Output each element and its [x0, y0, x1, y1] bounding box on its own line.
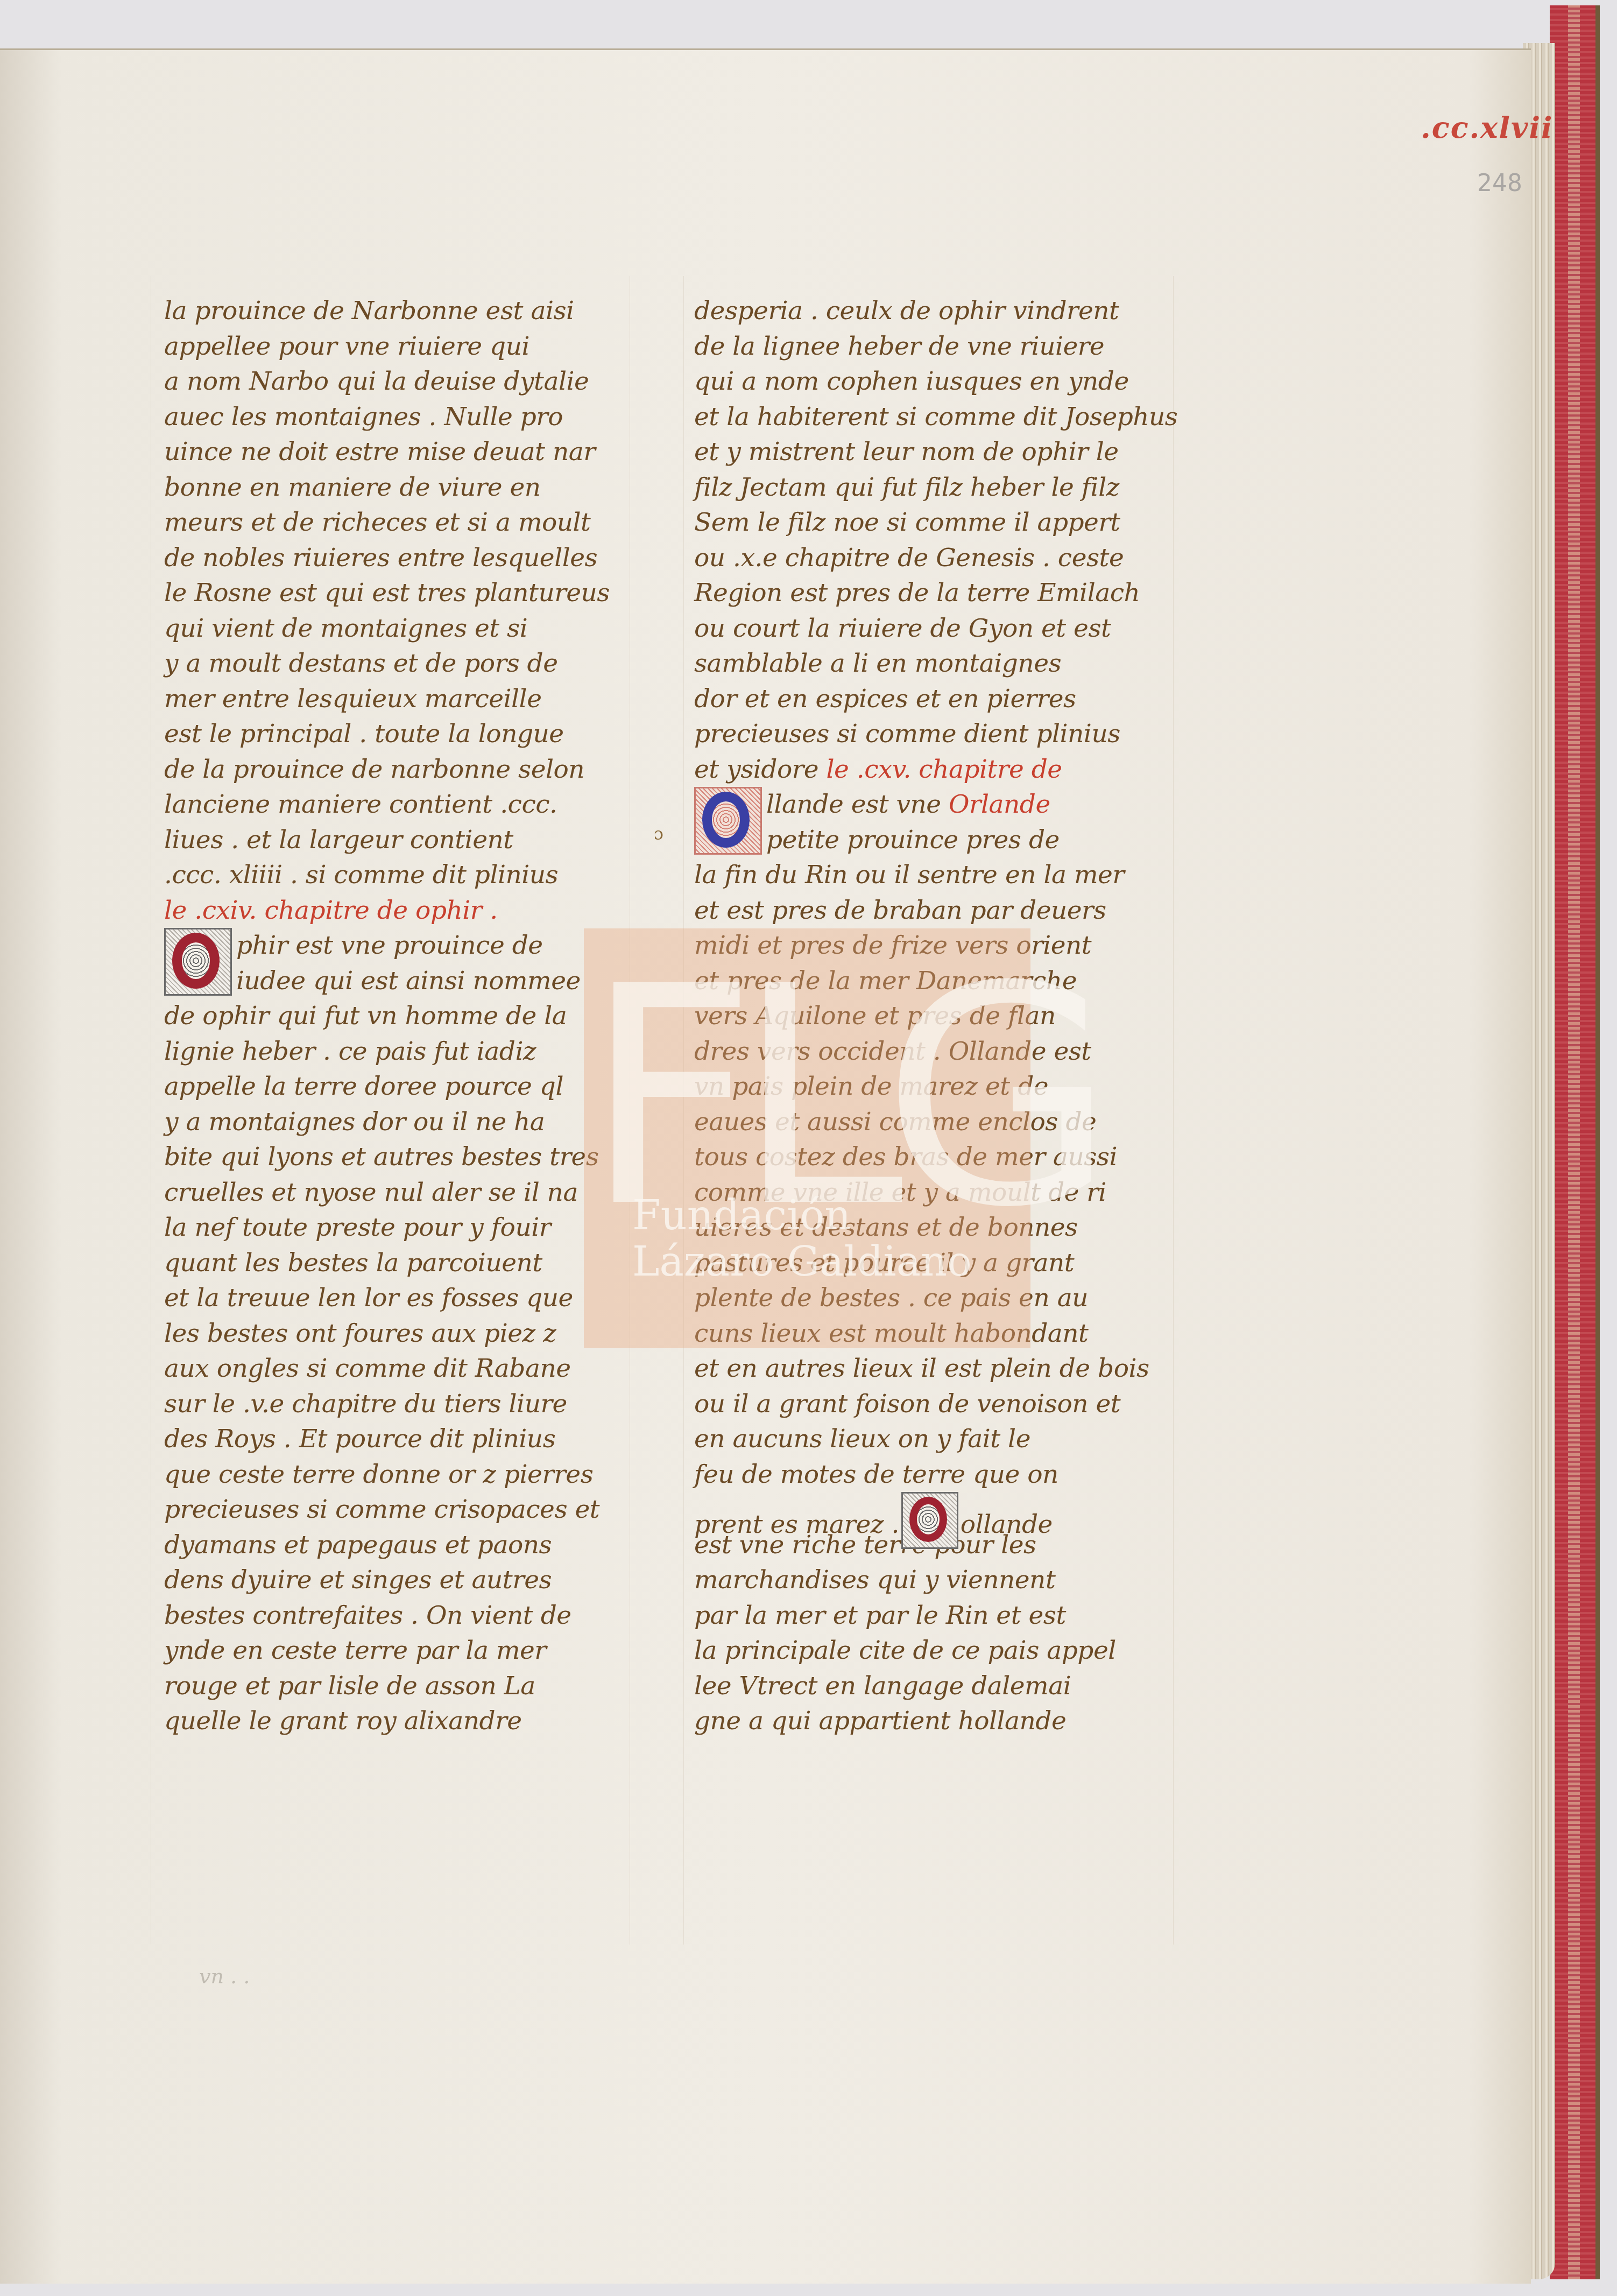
- text-line: vn pais plein de marez et de: [694, 1069, 1168, 1104]
- text-line: ou il a grant foison de venoison et: [694, 1386, 1168, 1422]
- text-fragment: et ysidore: [694, 755, 826, 784]
- text-line: la nef toute preste pour y fouir: [164, 1210, 627, 1245]
- text-line: aux ongles si comme dit Rabane: [164, 1351, 627, 1386]
- text-line: dres vers occident . Ollande est: [694, 1034, 1168, 1069]
- text-line: a nom Narbo qui la deuise dytalie: [164, 364, 627, 399]
- text-line: lee Vtrect en langage dalemai: [694, 1668, 1168, 1704]
- text-line: en aucuns lieux on y fait le: [694, 1421, 1168, 1457]
- illuminated-initial-icon: [164, 928, 232, 996]
- text-line: marchandises qui y viennent: [694, 1562, 1168, 1598]
- initial-letter-o-icon: [909, 1497, 947, 1542]
- text-line: feu de motes de terre que on: [694, 1457, 1168, 1492]
- text-line: dor et en espices et en pierres: [694, 681, 1168, 717]
- margin-note: vn . .: [199, 1964, 250, 1988]
- text-fragment: llande est vne: [766, 790, 949, 819]
- text-line: cruelles et nyose nul aler se il na: [164, 1175, 627, 1210]
- text-line: ou .x.e chapitre de Genesis . ceste: [694, 540, 1168, 576]
- text-line: rouge et par lisle de asson La: [164, 1668, 627, 1704]
- text-line: lanciene maniere contient .ccc.: [164, 787, 627, 822]
- illuminated-initial-icon: [694, 787, 762, 855]
- text-line: uince ne doit estre mise deuat nar: [164, 434, 627, 470]
- text-line: llande est vne Orlande: [694, 787, 1168, 822]
- ruling-line: [630, 276, 630, 1945]
- text-line: y a moult destans et de pors de: [164, 646, 627, 681]
- text-line: sur le .v.e chapitre du tiers liure: [164, 1386, 627, 1422]
- text-line: desperia . ceulx de ophir vindrent: [694, 293, 1168, 329]
- text-line: precieuses si comme crisopaces et: [164, 1492, 627, 1527]
- text-line: ou court la riuiere de Gyon et est: [694, 611, 1168, 646]
- chapter-heading-line: et ysidore le .cxv. chapitre de: [694, 752, 1168, 787]
- text-line: uieres et destans et de bonnes: [694, 1210, 1168, 1245]
- text-line: eaues et aussi comme enclos de: [694, 1104, 1168, 1140]
- text-line: de ophir qui fut vn homme de la: [164, 998, 627, 1034]
- chapter-heading: le .cxv. chapitre de: [826, 755, 1062, 784]
- ink-blot: ɔ: [654, 823, 663, 844]
- text-line: meurs et de richeces et si a moult: [164, 505, 627, 540]
- text-line: par la mer et par le Rin et est: [694, 1598, 1168, 1633]
- text-line: la prouince de Narbonne est aisi: [164, 293, 627, 329]
- text-line: iudee qui est ainsi nommee: [164, 963, 627, 999]
- initial-letter-o-icon: [702, 792, 750, 848]
- text-line: appelle la terre doree pource ql: [164, 1069, 627, 1104]
- text-line: les bestes ont foures aux piez z: [164, 1316, 627, 1351]
- book-binding: [1550, 5, 1600, 2279]
- text-line: mer entre lesquieux marceille: [164, 681, 627, 717]
- text-line: phir est vne prouince de: [164, 928, 627, 963]
- text-line: appellee pour vne riuiere qui: [164, 329, 627, 364]
- text-line: petite prouince pres de: [694, 822, 1168, 858]
- text-line: dyamans et papegaus et paons: [164, 1527, 627, 1563]
- text-line: y a montaignes dor ou il ne ha: [164, 1104, 627, 1140]
- text-line: et est pres de braban par deuers: [694, 893, 1168, 928]
- text-line: qui a nom cophen iusques en ynde: [694, 364, 1168, 399]
- text-column-left: la prouince de Narbonne est aisiappellee…: [164, 293, 627, 1739]
- text-line: quelle le grant roy alixandre: [164, 1703, 627, 1739]
- chapter-body: llande est vne Orlandepetite prouince pr…: [694, 787, 1168, 1739]
- text-line: filz Jectam qui fut filz heber le filz: [694, 470, 1168, 505]
- text-line: auec les montaignes . Nulle pro: [164, 399, 627, 435]
- text-line: plente de bestes . ce pais en au: [694, 1280, 1168, 1316]
- text-line: bestes contrefaites . On vient de: [164, 1598, 627, 1633]
- text-line: prent es marez .ollande: [694, 1492, 1168, 1527]
- ruling-line: [151, 276, 151, 1945]
- text-line: est le principal . toute la longue: [164, 716, 627, 752]
- text-line: et en autres lieux il est plein de bois: [694, 1351, 1168, 1386]
- rubric-word: Orlande: [949, 790, 1050, 819]
- text-line: gne a qui appartient hollande: [694, 1703, 1168, 1739]
- illuminated-initial-icon: [901, 1492, 958, 1549]
- text-line: qui vient de montaignes et si: [164, 611, 627, 646]
- text-line: midi et pres de frize vers orient: [694, 928, 1168, 963]
- text-line: comme vne ille et y a moult de ri: [694, 1175, 1168, 1210]
- initial-letter-o-icon: [172, 933, 220, 989]
- text-line: et la treuue len lor es fosses que: [164, 1280, 627, 1316]
- chapter-body: phir est vne prouince deiudee qui est ai…: [164, 928, 627, 1739]
- text-line: quant les bestes la parcoiuent: [164, 1245, 627, 1281]
- text-line: dens dyuire et singes et autres: [164, 1562, 627, 1598]
- text-line: cuns lieux est moult habondant: [694, 1316, 1168, 1351]
- text-line: precieuses si comme dient plinius: [694, 716, 1168, 752]
- text-line: que ceste terre donne or z pierres: [164, 1457, 627, 1492]
- text-line: et y mistrent leur nom de ophir le: [694, 434, 1168, 470]
- text-line: des Roys . Et pource dit plinius: [164, 1421, 627, 1457]
- text-line: et la habiterent si comme dit Josephus: [694, 399, 1168, 435]
- text-line: tous costez des bras de mer aussi: [694, 1139, 1168, 1175]
- text-line: Region est pres de la terre Emilach: [694, 575, 1168, 611]
- text-line: de la lignee heber de vne riuiere: [694, 329, 1168, 364]
- folio-number-rubric: .cc.xlvii: [1421, 110, 1553, 145]
- folio-number-pencil: 248: [1477, 170, 1522, 197]
- text-line: le Rosne est qui est tres plantureus: [164, 575, 627, 611]
- text-line: samblable a li en montaignes: [694, 646, 1168, 681]
- text-column-right: desperia . ceulx de ophir vindrentde la …: [694, 293, 1168, 1739]
- ruling-line: [683, 276, 684, 1945]
- text-line: .ccc. xliiii . si comme dit plinius: [164, 857, 627, 893]
- text-line: bite qui lyons et autres bestes tres: [164, 1139, 627, 1175]
- text-line: de la prouince de narbonne selon: [164, 752, 627, 787]
- text-line: liues . et la largeur contient: [164, 822, 627, 858]
- chapter-heading: le .cxiv. chapitre de ophir .: [164, 893, 627, 928]
- text-line: et pres de la mer Danemarche: [694, 963, 1168, 999]
- text-line: pastures et pource il y a grant: [694, 1245, 1168, 1281]
- text-line: la fin du Rin ou il sentre en la mer: [694, 857, 1168, 893]
- text-line: lignie heber . ce pais fut iadiz: [164, 1034, 627, 1069]
- text-line: ynde en ceste terre par la mer: [164, 1633, 627, 1668]
- text-line: bonne en maniere de viure en: [164, 470, 627, 505]
- ruling-line: [1173, 276, 1174, 1945]
- text-line: de nobles riuieres entre lesquelles: [164, 540, 627, 576]
- text-line: vers Aquilone et pres de flan: [694, 998, 1168, 1034]
- text-line: Sem le filz noe si comme il appert: [694, 505, 1168, 540]
- text-line: la principale cite de ce pais appel: [694, 1633, 1168, 1668]
